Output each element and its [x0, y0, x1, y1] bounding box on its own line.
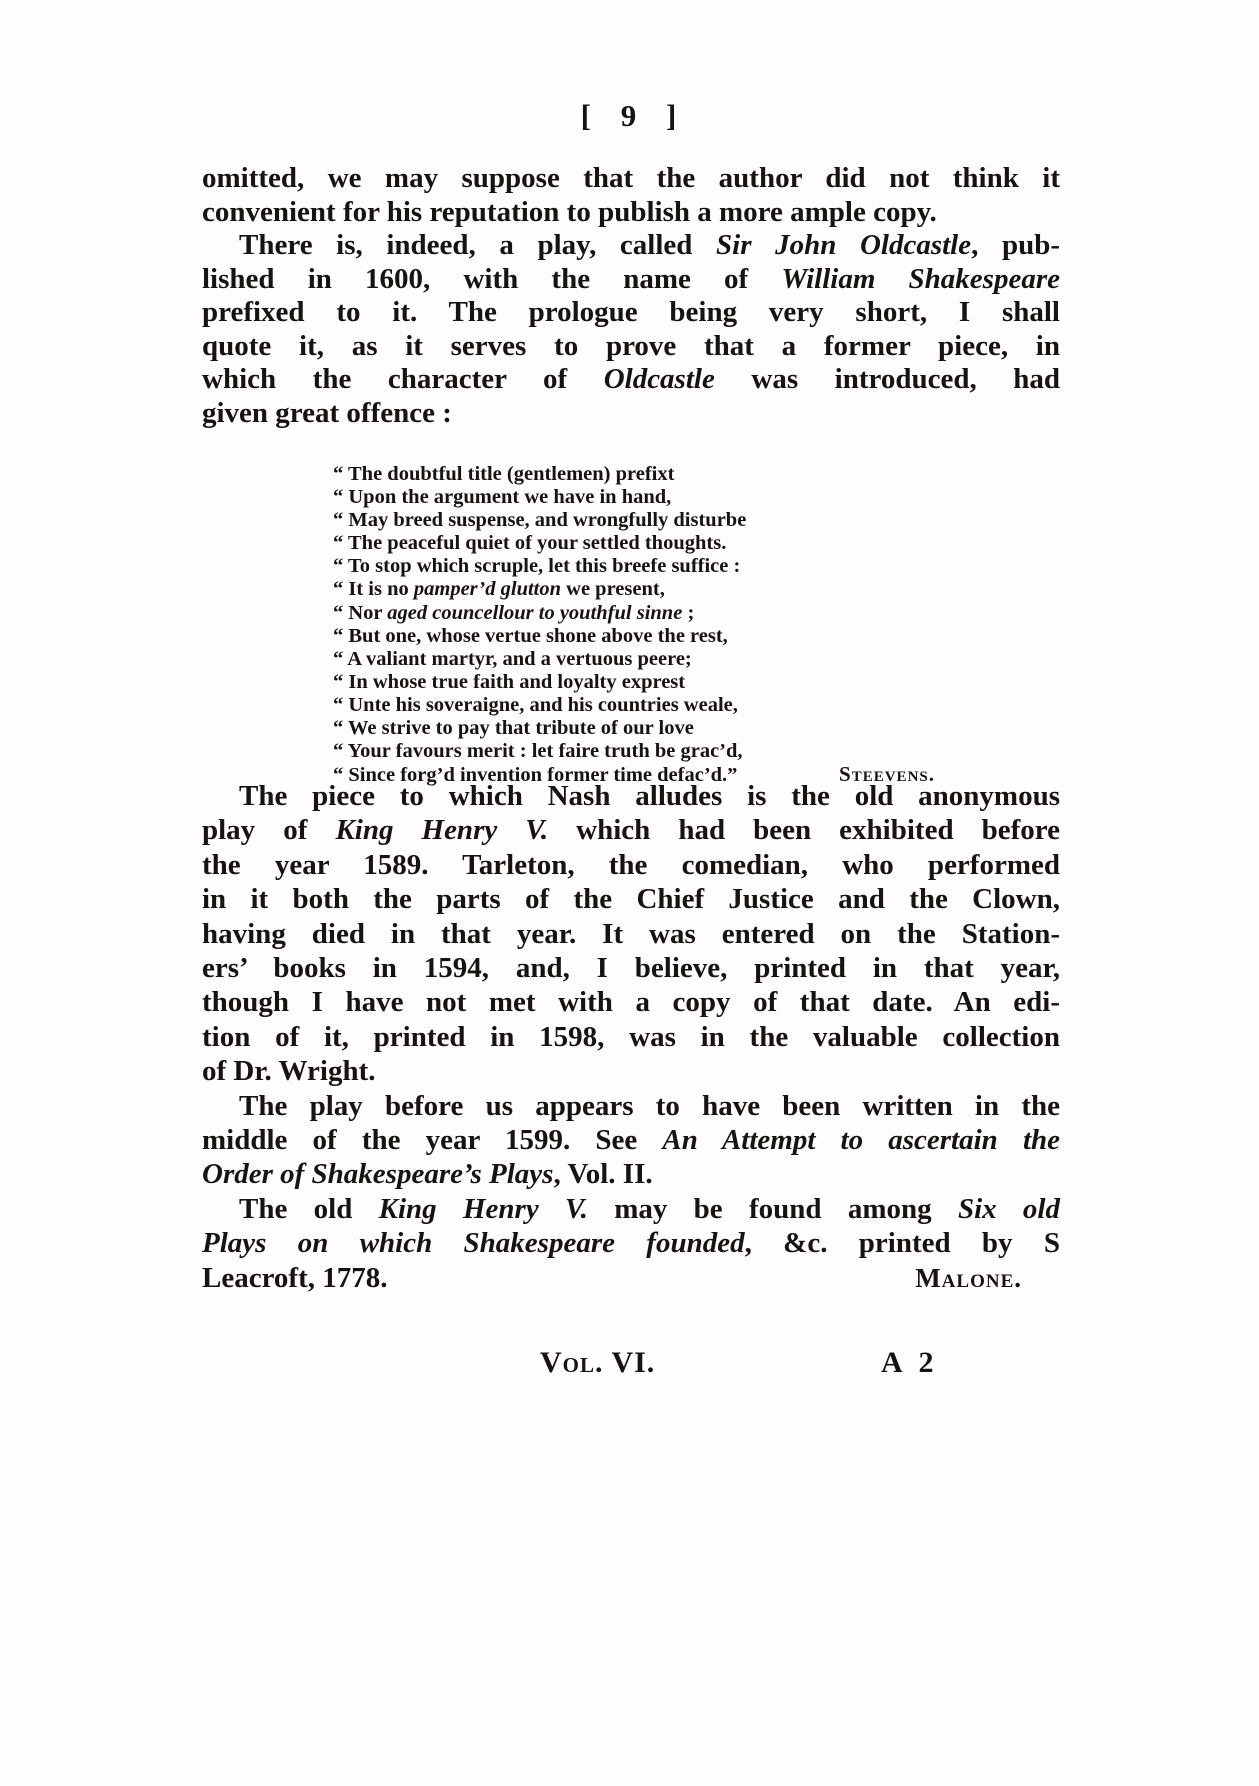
text-line: given great offence : — [202, 397, 1060, 431]
text-line: middle of the year 1599. See An Attempt … — [202, 1123, 1060, 1157]
text-segment: we present, — [561, 578, 665, 600]
text-segment: “ Your favours merit : let faire truth b… — [333, 740, 743, 762]
text-segment-group: Leacroft, 1778. — [202, 1261, 388, 1295]
quote-line: “ But one, whose vertue shone above the … — [333, 625, 935, 648]
quote-line: “ Nor aged councellour to youthful sinne… — [333, 602, 935, 625]
text-segment: though I have not met with a copy of tha… — [202, 986, 1060, 1018]
text-segment: which had been exhibited before — [548, 814, 1060, 846]
text-segment: “ In whose true faith and loyalty expres… — [333, 671, 685, 693]
page-number: [ 9 ] — [0, 98, 1259, 134]
text-segment: quote it, as it serves to prove that a f… — [202, 330, 1060, 362]
text-line: though I have not met with a copy of tha… — [202, 985, 1060, 1019]
text-line: Leacroft, 1778.Malone. — [202, 1261, 1060, 1295]
text-segment: ers’ books in 1594, and, I believe, prin… — [202, 952, 1060, 984]
text-segment: aged councellour to youthful sinne — [387, 602, 682, 624]
quote-line: “ Upon the argument we have in hand, — [333, 486, 935, 509]
text-segment: “ The peaceful quiet of your settled tho… — [333, 532, 726, 554]
text-segment: Six old — [958, 1193, 1060, 1225]
text-segment: , pub- — [971, 229, 1060, 261]
text-line: prefixed to it. The prologue being very … — [202, 296, 1060, 330]
quote-line: “ Your favours merit : let faire truth b… — [333, 740, 935, 763]
text-segment: “ To stop which scruple, let this breefe… — [333, 555, 740, 577]
text-line: The piece to which Nash alludes is the o… — [202, 779, 1060, 813]
text-segment: lished in 1600, with the name of — [202, 263, 781, 295]
attribution-malone: Malone. — [915, 1261, 1022, 1295]
text-segment: Order of Shakespeare’s Plays — [202, 1158, 553, 1190]
text-line: Plays on which Shakespeare founded, &c. … — [202, 1226, 1060, 1260]
text-segment: omitted, we may suppose that the author … — [202, 162, 1060, 194]
text-segment: may be found among — [588, 1193, 958, 1225]
text-segment: King Henry V. — [379, 1193, 588, 1225]
quote-block: “ The doubtful title (gentlemen) prefixt… — [333, 463, 935, 787]
volume-label: Vol. VI. — [540, 1346, 655, 1380]
text-segment: pamper’d glutton — [414, 578, 561, 600]
signature-label: A 2 — [881, 1346, 934, 1380]
text-segment: ; — [682, 602, 694, 624]
quote-line: “ May breed suspense, and wrongfully dis… — [333, 509, 935, 532]
text-line: in it both the parts of the Chief Justic… — [202, 882, 1060, 916]
text-segment: “ Nor — [333, 602, 387, 624]
quote-line: “ The peaceful quiet of your settled tho… — [333, 532, 935, 555]
text-segment: Plays on which Shakespeare founded — [202, 1227, 745, 1259]
text-line: the year 1589. Tarleton, the comedian, w… — [202, 848, 1060, 882]
text-segment: of Dr. Wright. — [202, 1055, 375, 1087]
text-line: quote it, as it serves to prove that a f… — [202, 330, 1060, 364]
quote-line: “ A valiant martyr, and a vertuous peere… — [333, 648, 935, 671]
text-segment: “ Upon the argument we have in hand, — [333, 486, 671, 508]
quote-line: “ The doubtful title (gentlemen) prefixt — [333, 463, 935, 486]
book-page: [ 9 ] omitted, we may suppose that the a… — [0, 0, 1259, 1786]
text-line: play of King Henry V. which had been exh… — [202, 813, 1060, 847]
text-segment: “ It is no — [333, 578, 414, 600]
text-line: The play before us appears to have been … — [202, 1089, 1060, 1123]
text-line: having died in that year. It was entered… — [202, 917, 1060, 951]
text-segment: the year 1589. Tarleton, the comedian, w… — [202, 849, 1060, 881]
text-segment: play of — [202, 814, 335, 846]
text-line: of Dr. Wright. — [202, 1054, 1060, 1088]
text-segment: convenient for his reputation to publish… — [202, 196, 937, 228]
text-segment: having died in that year. It was entered… — [202, 918, 1060, 950]
quote-line: “ In whose true faith and loyalty expres… — [333, 671, 935, 694]
text-segment: tion of it, printed in 1598, was in the … — [202, 1021, 1060, 1053]
text-segment: middle of the year 1599. See — [202, 1124, 662, 1156]
text-segment: , &c. printed by S — [745, 1227, 1060, 1259]
text-line: omitted, we may suppose that the author … — [202, 162, 1060, 196]
quote-line: “ To stop which scruple, let this breefe… — [333, 555, 935, 578]
text-column-bottom: The piece to which Nash alludes is the o… — [202, 779, 1060, 1295]
quote-line: “ We strive to pay that tribute of our l… — [333, 717, 935, 740]
text-line: ers’ books in 1594, and, I believe, prin… — [202, 951, 1060, 985]
text-segment: which the character of — [202, 363, 604, 395]
text-line: which the character of Oldcastle was int… — [202, 363, 1060, 397]
quote-line: “ It is no pamper’d glutton we present, — [333, 578, 935, 601]
text-segment: There is, indeed, a play, called — [239, 229, 716, 261]
text-segment: Leacroft, 1778. — [202, 1262, 388, 1294]
text-segment: Oldcastle — [604, 363, 715, 395]
text-line: The old King Henry V. may be found among… — [202, 1192, 1060, 1226]
text-line: Order of Shakespeare’s Plays, Vol. II. — [202, 1157, 1060, 1191]
text-segment: in it both the parts of the Chief Justic… — [202, 883, 1060, 915]
text-segment: Sir John Oldcastle — [716, 229, 971, 261]
text-line: tion of it, printed in 1598, was in the … — [202, 1020, 1060, 1054]
text-segment: “ But one, whose vertue shone above the … — [333, 625, 728, 647]
text-column-top: omitted, we may suppose that the author … — [202, 162, 1060, 430]
text-segment: William Shakespeare — [781, 263, 1060, 295]
text-segment: The play before us appears to have been … — [239, 1090, 1060, 1122]
text-segment: The old — [239, 1193, 379, 1225]
text-segment: “ The doubtful title (gentlemen) prefixt — [333, 463, 674, 485]
text-segment: “ We strive to pay that tribute of our l… — [333, 717, 694, 739]
text-segment: An Attempt to ascertain the — [662, 1124, 1060, 1156]
text-line: There is, indeed, a play, called Sir Joh… — [202, 229, 1060, 263]
text-line: lished in 1600, with the name of William… — [202, 263, 1060, 297]
text-segment: was introduced, had — [715, 363, 1060, 395]
text-segment: “ Unte his soveraigne, and his countries… — [333, 694, 738, 716]
text-segment: The piece to which Nash alludes is the o… — [239, 780, 1060, 812]
text-segment: , Vol. II. — [553, 1158, 652, 1190]
text-segment: given great offence : — [202, 397, 452, 429]
text-segment: “ May breed suspense, and wrongfully dis… — [333, 509, 746, 531]
quote-line: “ Unte his soveraigne, and his countries… — [333, 694, 935, 717]
text-segment: King Henry V. — [335, 814, 548, 846]
text-line: convenient for his reputation to publish… — [202, 196, 1060, 230]
text-segment: prefixed to it. The prologue being very … — [202, 296, 1060, 328]
text-segment: “ A valiant martyr, and a vertuous peere… — [333, 648, 692, 670]
